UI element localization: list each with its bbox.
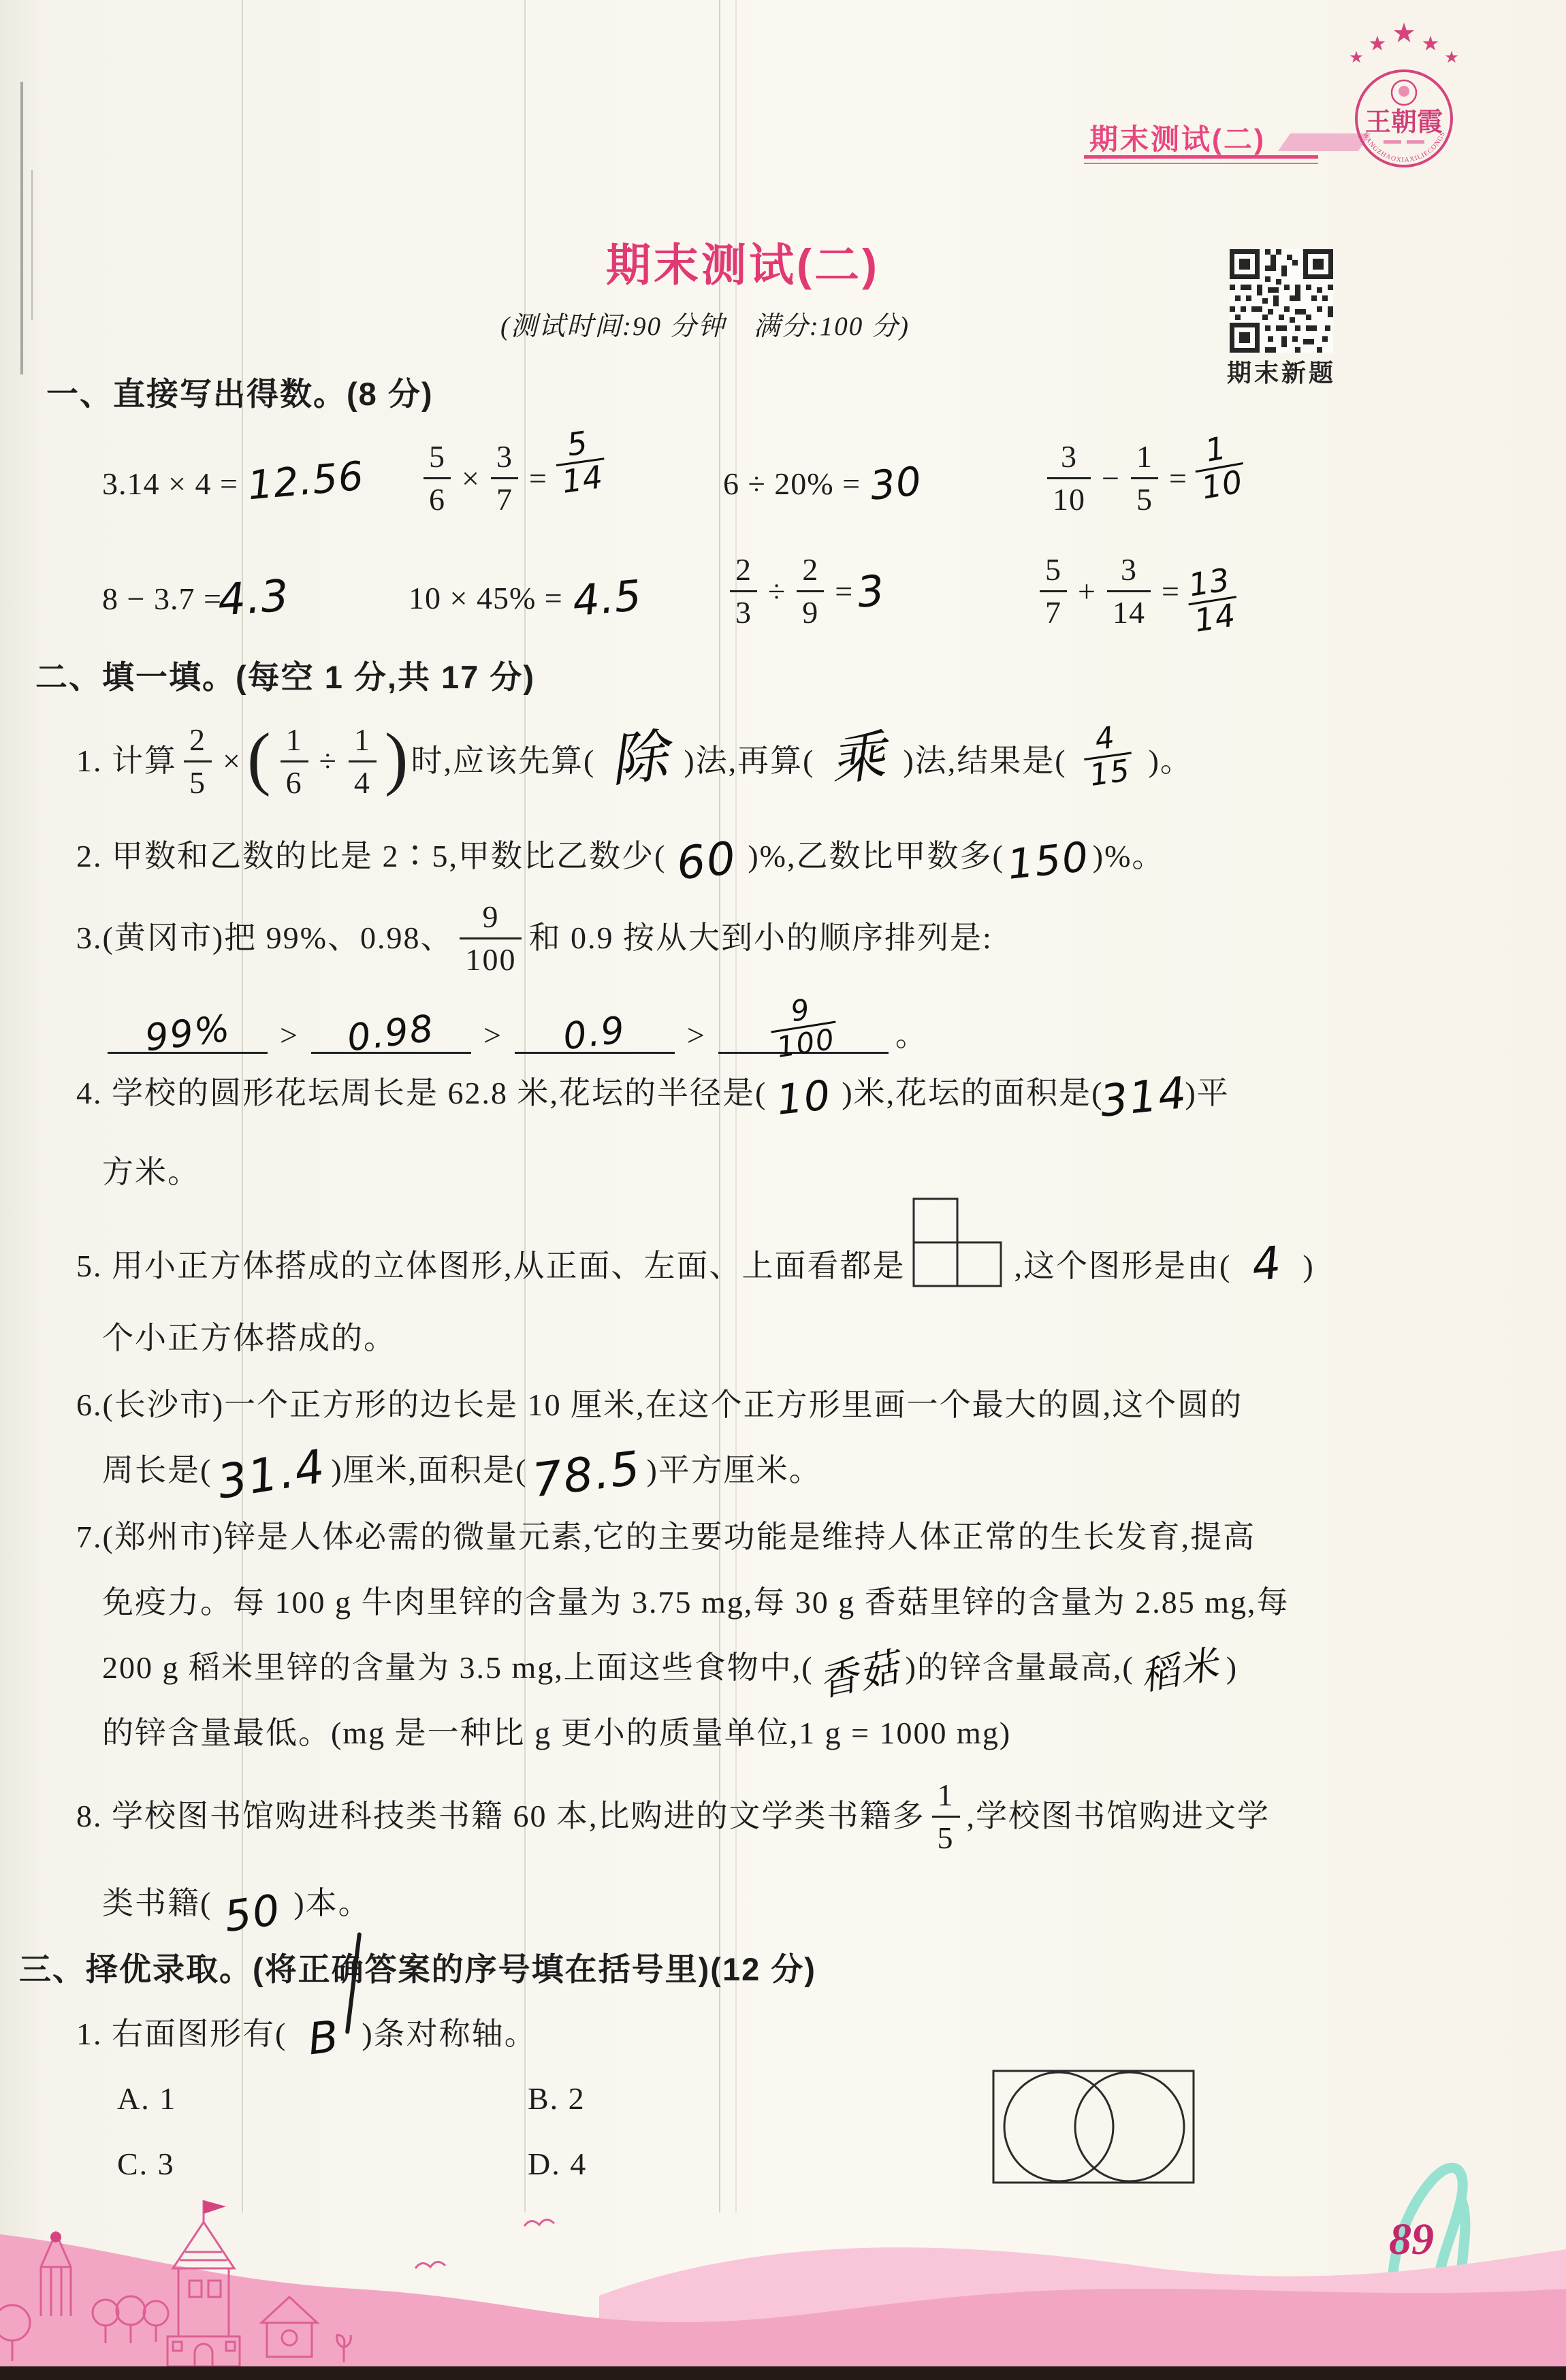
handwritten-fraction-answer: 110 <box>1189 431 1248 504</box>
handwritten-answer: 30 <box>868 457 925 509</box>
answer-blank: 78.5 <box>527 1474 646 1481</box>
handwritten-answer: 4.5 <box>571 570 644 626</box>
handwritten-answer: 314 <box>1098 1069 1190 1128</box>
handwritten-fraction-answer: 9100 <box>766 992 840 1062</box>
s2-problem6-line2: 周长是(31.4)厘米,面积是(78.5)平方厘米。 <box>102 1453 822 1489</box>
option-b: B. 2 <box>528 2080 586 2117</box>
footer-illustration <box>0 2187 1566 2380</box>
handwritten-answer: 10 <box>775 1072 834 1125</box>
figure-slot <box>906 1263 1014 1270</box>
option-c: C. 3 <box>117 2146 175 2182</box>
handwritten-answer: 稻米 <box>1138 1643 1223 1700</box>
svg-text:★: ★ <box>1369 33 1387 55</box>
handwritten-answer: 50 <box>221 1885 284 1941</box>
answer-blank: 60 <box>666 860 748 867</box>
s2-problem7-line1: 7.(郑州市)锌是人体必需的微量元素,它的主要功能是维持人体正常的生长发育,提高 <box>76 1519 1256 1556</box>
handwritten-fraction-answer: 514 <box>552 426 608 498</box>
svg-text:★: ★ <box>1444 49 1459 67</box>
scan-edge-mark <box>31 170 33 320</box>
fraction: 23 <box>730 554 757 628</box>
fraction: 314 <box>1107 554 1151 628</box>
symmetry-figure <box>991 2068 1196 2185</box>
s2-problem5-line1: 5. 用小正方体搭成的立体图形,从正面、左面、上面看都是 ,这个图形是由( 4 … <box>76 1225 1315 1307</box>
section2-heading: 二、填一填。(每空 1 分,共 17 分) <box>35 659 535 696</box>
svg-text:★: ★ <box>1392 18 1416 48</box>
answer-blank: 150 <box>1004 860 1093 867</box>
s2-problem8-line2: 类书籍(50)本。 <box>102 1886 371 1922</box>
calc-item: 56 × 37 = 514 <box>417 441 606 515</box>
handwritten-fraction-answer: 1314 <box>1183 564 1241 637</box>
fraction: 14 <box>349 724 377 799</box>
answer-blank: 314 <box>1103 1097 1185 1104</box>
fraction: 16 <box>281 724 308 799</box>
option-a: A. 1 <box>117 2080 176 2117</box>
calc-item: 10 × 45% = 4.5 <box>409 573 641 623</box>
fraction: 9100 <box>460 901 522 976</box>
handwritten-answer: 0.9 <box>561 1009 628 1059</box>
scan-edge-mark <box>20 82 23 374</box>
handwritten-answer: 60 <box>675 833 739 890</box>
s2-problem3-answer-line: 99% > 0.98 > 0.9 > 9100 。 <box>108 986 928 1054</box>
section3-heading: 三、择优录取。(将正确答案的序号填在括号里)(12 分) <box>19 1951 816 1988</box>
s2-problem2: 2. 甲数和乙数的比是 2∶5,甲数比乙数少(60)%,乙数比甲数多(150)%… <box>76 839 1164 875</box>
test-paper-page: 期末测试(二) ★ ★ ★ ★ ★ 王朝霞 WANGZHAOXIAXILIECO… <box>0 0 1566 2380</box>
answer-blank: 0.98 <box>311 1044 471 1054</box>
calc-item: 6 ÷ 20% = 30 <box>723 460 922 506</box>
fraction: 15 <box>1131 441 1158 515</box>
brand-logo: ★ ★ ★ ★ ★ 王朝霞 WANGZHAOXIAXILIECONGSHU <box>1339 18 1469 187</box>
expression: 10 × 45% = <box>409 580 563 616</box>
qr-code-icon <box>1230 249 1333 353</box>
answer-blank: 50 <box>212 1907 293 1914</box>
s2-problem7-line4: 的锌含量最低。(mg 是一种比 g 更小的质量单位,1 g = 1000 mg) <box>102 1716 1011 1752</box>
header-underline <box>1084 155 1318 159</box>
option-d: D. 4 <box>528 2146 587 2182</box>
section1-heading: 一、直接写出得数。(8 分) <box>46 376 434 413</box>
s2-problem8-line1: 8. 学校图书馆购进科技类书籍 60 本,比购进的文学类书籍多 15 ,学校图书… <box>76 1775 1270 1857</box>
answer-blank: 4 <box>1231 1263 1303 1270</box>
handwritten-answer: 4 <box>1249 1237 1285 1291</box>
calc-item: 3.14 × 4 = 12.56 <box>102 460 364 506</box>
s2-problem5-line2: 个小正方体搭成的。 <box>102 1321 396 1357</box>
s2-problem7-line3: 200 g 稻米里锌的含量为 3.5 mg,上面这些食物中,(香菇)的锌含量最高… <box>102 1650 1238 1686</box>
fraction: 29 <box>797 554 824 628</box>
answer-blank: B <box>287 2038 362 2044</box>
fraction: 37 <box>491 441 518 515</box>
fraction: 25 <box>184 724 212 799</box>
fraction: 310 <box>1047 441 1091 515</box>
handwritten-fraction-answer: 415 <box>1079 722 1135 790</box>
handwritten-answer: 150 <box>1005 834 1091 889</box>
handwritten-answer: 乘 <box>828 724 890 792</box>
s2-problem1: 1. 计算 25 × ( 16 ÷ 14 ) 时,应该先算( 除 )法,再算( … <box>76 713 1193 809</box>
s3-problem1: 1. 右面图形有(B)条对称轴。 <box>76 2016 537 2053</box>
expression: 3.14 × 4 = <box>102 466 238 502</box>
expression: 8 − 3.7 = <box>102 581 222 617</box>
answer-blank: 99% <box>108 1044 268 1054</box>
header-underline-thin <box>1084 163 1318 164</box>
handwritten-answer: 3 <box>854 565 887 617</box>
answer-blank: 香菇 <box>814 1671 906 1678</box>
svg-text:★: ★ <box>1422 33 1440 55</box>
s2-problem4-line2: 方米。 <box>102 1155 200 1191</box>
calc-item: 310 − 15 = 110 <box>1040 441 1245 515</box>
calc-item: 8 − 3.7 = 4.3 <box>102 573 289 624</box>
handwritten-answer: 香菇 <box>814 1644 904 1705</box>
s2-problem4-line1: 4. 学校的圆形花坛周长是 62.8 米,花坛的半径是(10)米,花坛的面积是(… <box>76 1076 1230 1112</box>
page-title: 期末测试(二) <box>606 240 880 291</box>
answer-blank: 9100 <box>718 1044 889 1054</box>
cube-views-figure <box>911 1196 1006 1291</box>
fraction: 56 <box>424 441 451 515</box>
svg-text:★: ★ <box>1349 49 1364 67</box>
s2-problem3: 3.(黄冈市)把 99%、0.98、 9100 和 0.9 按从大到小的顺序排列… <box>76 897 993 979</box>
answer-blank: 10 <box>767 1097 842 1104</box>
page-subtitle: (测试时间:90 分钟 满分:100 分) <box>500 312 910 342</box>
expression: 6 ÷ 20% = <box>723 466 861 502</box>
header-running-title: 期末测试(二) <box>1089 117 1266 158</box>
handwritten-answer: 12.56 <box>246 453 366 509</box>
qr-caption: 期末新题 <box>1226 354 1337 389</box>
calc-item: 23 ÷ 29 = 3 <box>723 554 885 628</box>
fraction: 15 <box>932 1780 960 1854</box>
handwritten-answer: 除 <box>607 723 672 794</box>
handwritten-answer: 78.5 <box>530 1442 644 1508</box>
answer-blank: 乘 <box>814 758 903 765</box>
handwritten-answer: 31.4 <box>214 1441 330 1510</box>
answer-blank: 稻米 <box>1134 1671 1226 1678</box>
handwritten-answer: 4.3 <box>216 570 291 626</box>
answer-blank: 0.9 <box>515 1044 675 1054</box>
answer-blank: 415 <box>1067 747 1149 775</box>
fraction: 57 <box>1040 554 1067 628</box>
handwritten-answer: 99% <box>142 1007 233 1059</box>
handwritten-answer: 0.98 <box>345 1007 437 1059</box>
handwritten-answer: B <box>306 2012 342 2065</box>
s2-problem6-line1: 6.(长沙市)一个正方形的边长是 10 厘米,在这个正方形里画一个最大的圆,这个… <box>76 1387 1243 1424</box>
s2-problem7-line2: 免疫力。每 100 g 牛肉里锌的含量为 3.75 mg,每 30 g 香菇里锌… <box>102 1585 1290 1621</box>
brand-name: 王朝霞 <box>1365 106 1443 137</box>
calc-item: 57 + 314 = 1314 <box>1033 554 1234 628</box>
answer-blank: 除 <box>595 758 684 765</box>
answer-blank: 31.4 <box>212 1474 331 1481</box>
